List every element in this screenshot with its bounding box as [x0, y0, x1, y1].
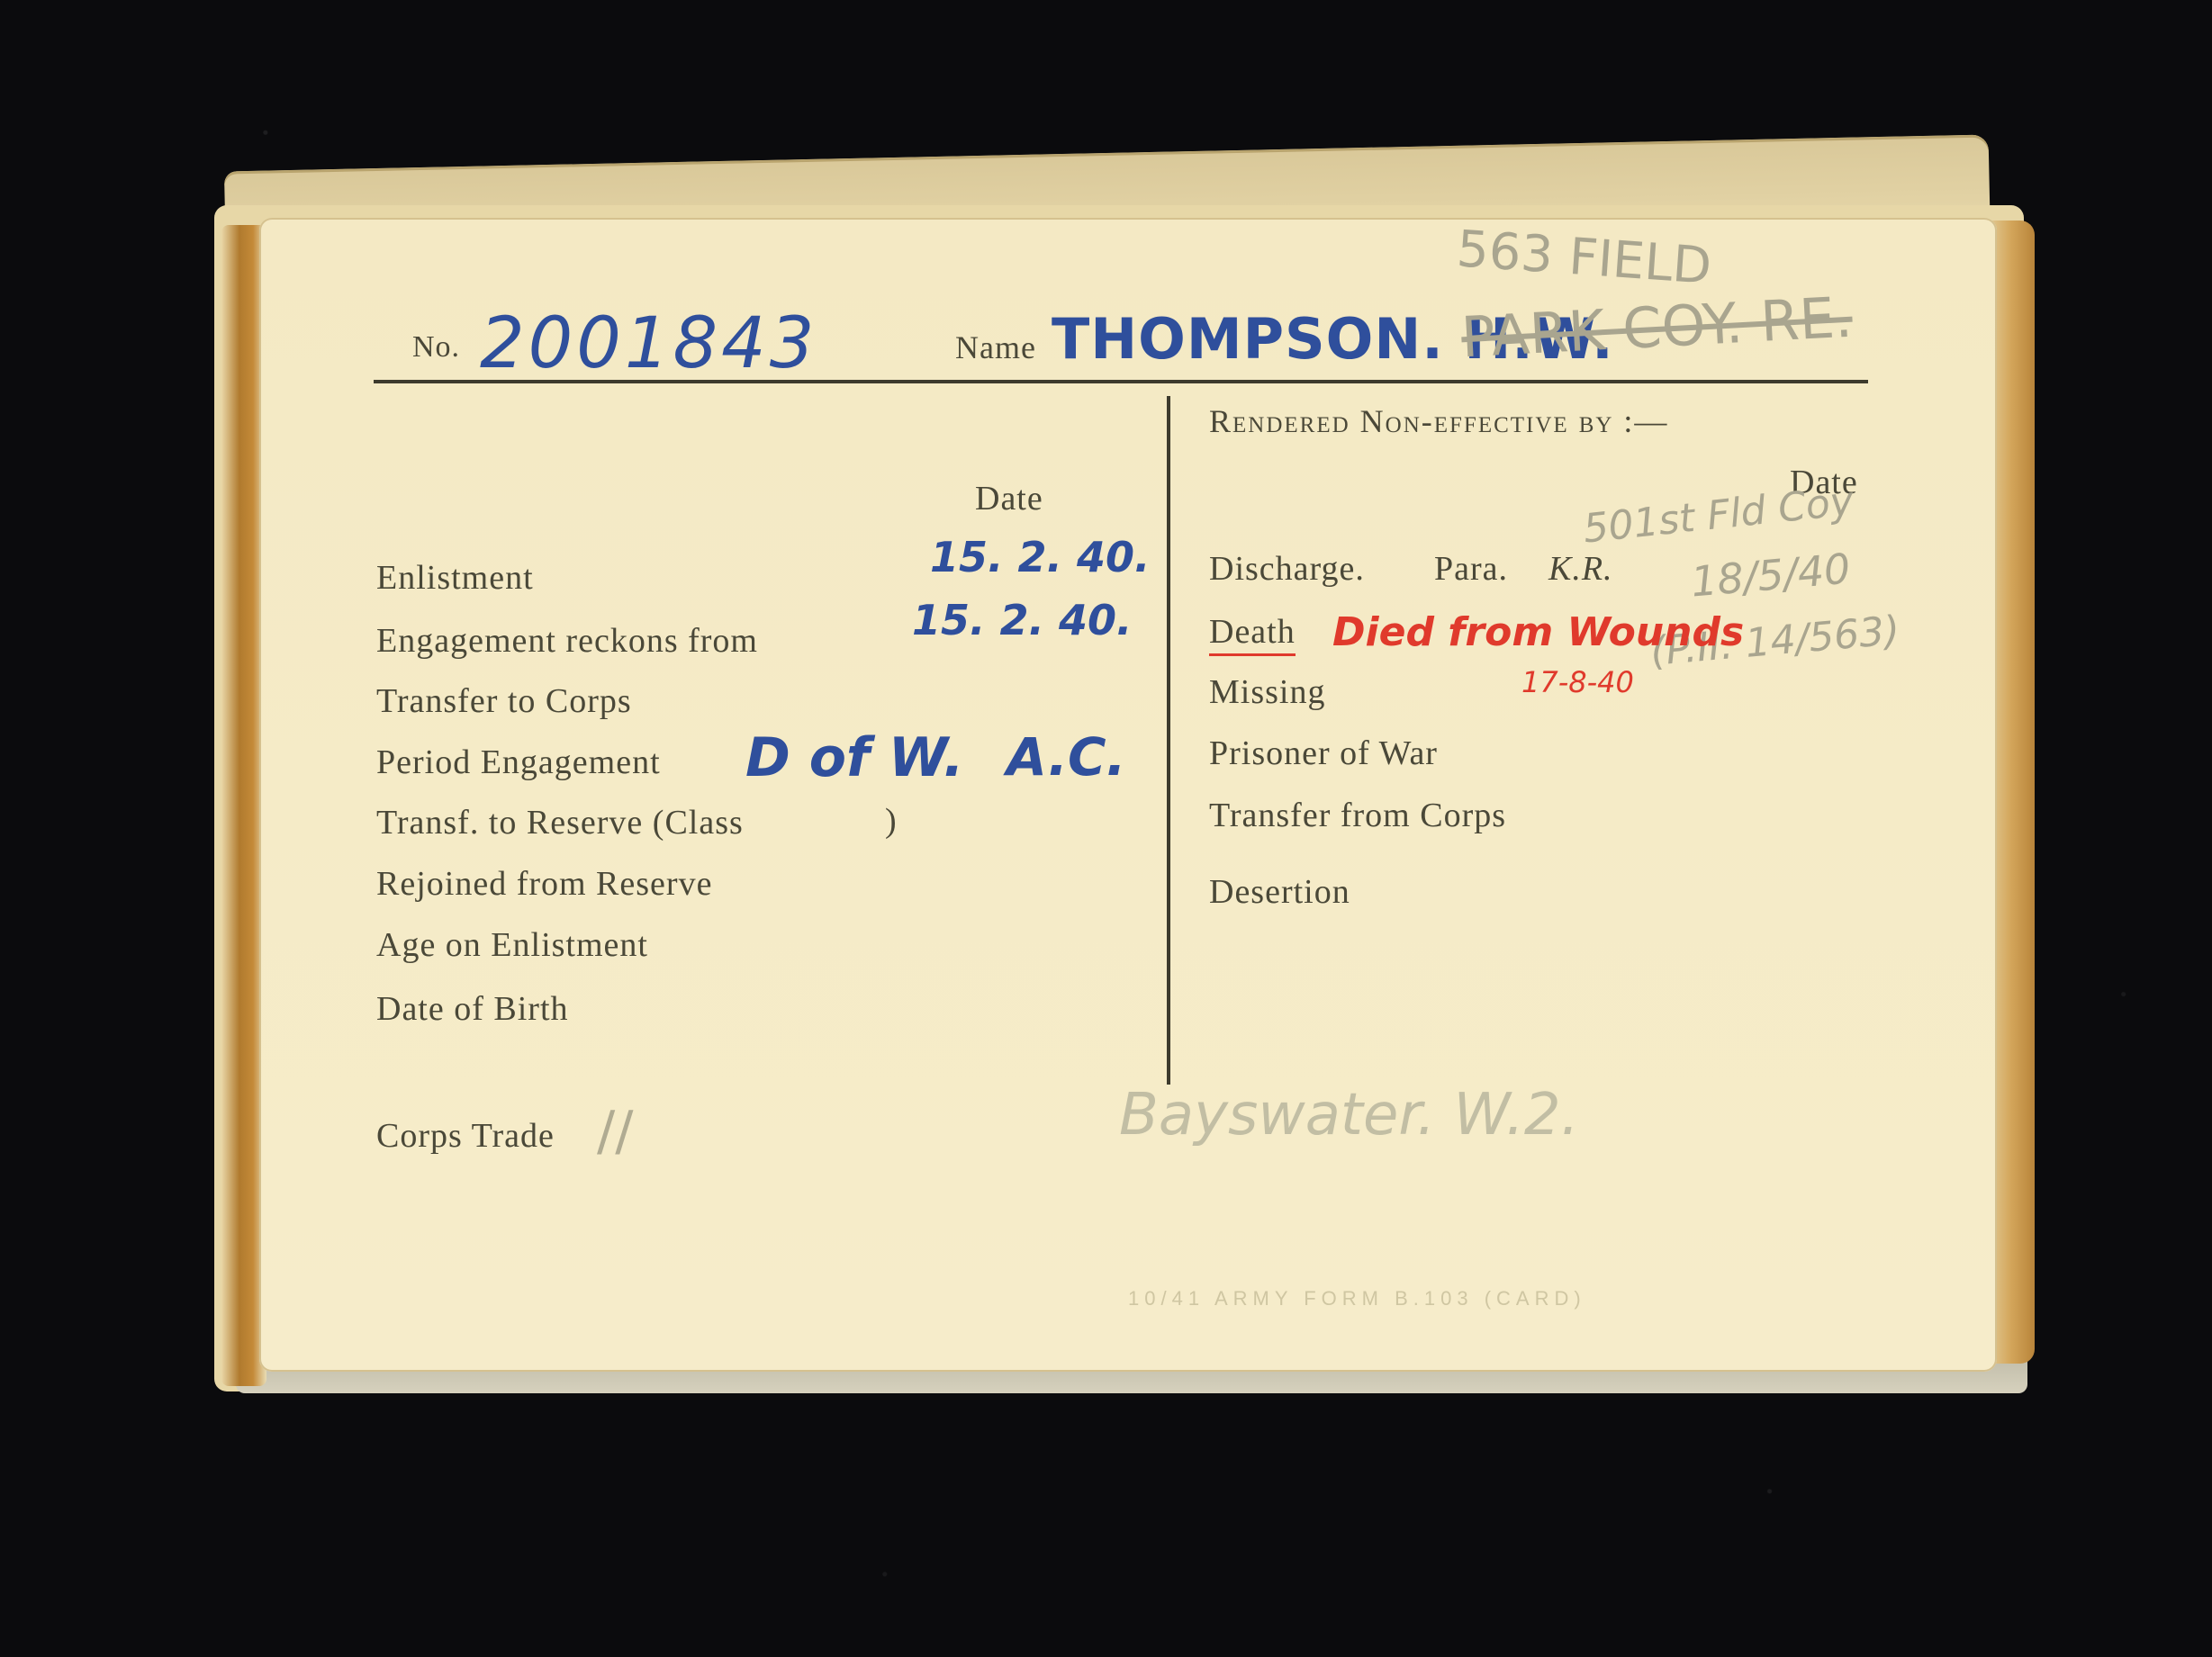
field-value-death: Died from Wounds: [1332, 609, 1744, 655]
field-label-period-engagement: Period Engagement: [376, 743, 661, 782]
field-label-discharge: Discharge.: [1209, 549, 1365, 589]
column-divider: [1167, 396, 1170, 1085]
pencil-unit-line1: 563 FIELD: [1455, 220, 1713, 296]
field-label-death: Death: [1209, 612, 1296, 656]
field-label-transfer-to-reserve: Transf. to Reserve (Class: [376, 803, 744, 842]
field-value-corps-trade: //: [597, 1100, 633, 1163]
field-value-period-engagement-2: A.C.: [1007, 726, 1126, 788]
field-value-engagement-reckons: 15. 2. 40.: [912, 596, 1133, 644]
service-number: 2001843: [480, 303, 817, 384]
field-value-death-date: 17-8-40: [1521, 665, 1634, 699]
field-value-enlistment: 15. 2. 40.: [930, 533, 1151, 581]
field-label-engagement-reckons: Engagement reckons from: [376, 621, 758, 661]
field-label-desertion: Desertion: [1209, 872, 1350, 912]
left-date-header: Date: [975, 479, 1043, 518]
pencil-note-unit: 501st Fld Coy: [1581, 478, 1855, 552]
field-label-corps-trade: Corps Trade: [376, 1116, 555, 1156]
form-footer-print: 10/41 ARMY FORM B.103 (CARD): [1128, 1287, 1586, 1310]
field-label-discharge-para: Para.: [1434, 549, 1508, 589]
header-rule: [374, 380, 1868, 383]
field-label-transfer-from-corps: Transfer from Corps: [1209, 796, 1506, 835]
pencil-unit-line2: PARK COY. RE.: [1459, 284, 1854, 371]
field-label-rejoined-from-reserve: Rejoined from Reserve: [376, 864, 712, 904]
record-card: No. 2001843 Name THOMPSON. H.W. 563 FIEL…: [259, 218, 1997, 1372]
name-label: Name: [955, 329, 1036, 366]
field-value-period-engagement: D of W.: [745, 726, 964, 789]
non-effective-heading: Rendered Non-effective by :—: [1209, 402, 1668, 440]
pencil-address: Bayswater. W.2.: [1119, 1082, 1579, 1148]
field-label-date-of-birth: Date of Birth: [376, 989, 569, 1029]
field-label-enlistment: Enlistment: [376, 558, 534, 598]
field-label-missing: Missing: [1209, 672, 1325, 712]
pencil-note-date: 18/5/40: [1689, 544, 1852, 606]
number-label: No.: [412, 330, 460, 365]
field-label-transfer-to-reserve-close: ): [885, 801, 898, 841]
field-label-transfer-to-corps: Transfer to Corps: [376, 681, 632, 721]
field-label-age-on-enlistment: Age on Enlistment: [376, 925, 648, 965]
field-label-discharge-kr: K.R.: [1548, 549, 1613, 589]
field-label-prisoner-of-war: Prisoner of War: [1209, 734, 1438, 773]
